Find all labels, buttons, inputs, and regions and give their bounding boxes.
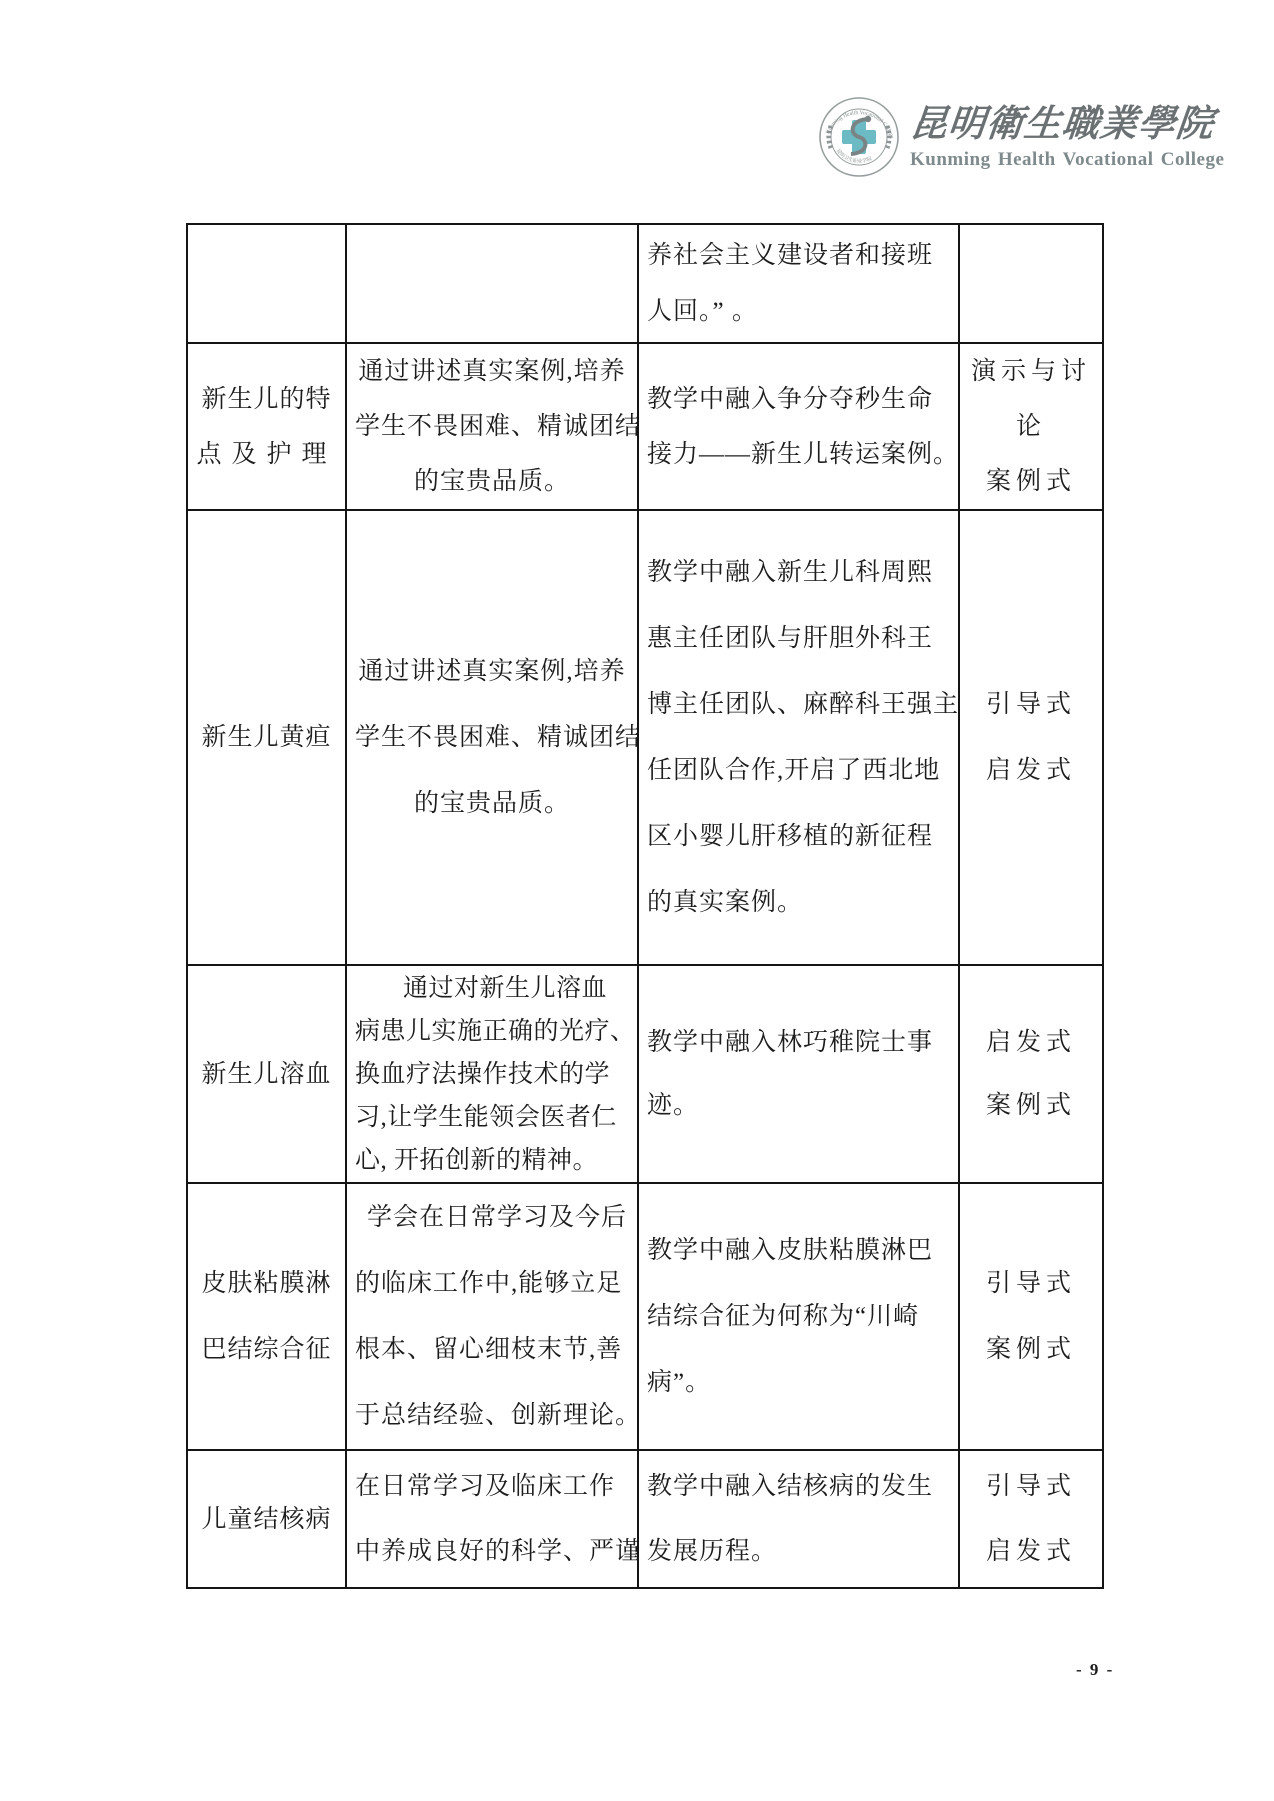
cell-line: 病”。 bbox=[647, 1350, 950, 1416]
cell-methods: 引导式 启发式 bbox=[959, 1450, 1103, 1588]
page-header: Kunming Health Vocational College 昆明卫生职业… bbox=[818, 96, 1224, 178]
college-name-calligraphy: 昆明衛生職業學院 bbox=[908, 103, 1227, 147]
cell-objective: 通过讲述真实案例,培养 学生不畏困难、精诚团结 的宝贵品质。 bbox=[346, 510, 638, 965]
document-page: Kunming Health Vocational College 昆明卫生职业… bbox=[0, 0, 1274, 1801]
cell-content: 教学中融入争分夺秒生命 接力——新生儿转运案例。 bbox=[638, 343, 959, 510]
cell-line: 的宝贵品质。 bbox=[355, 454, 629, 509]
cell-line: 引导式 bbox=[968, 1251, 1094, 1317]
seal-dragon-head bbox=[865, 116, 871, 122]
cell-line: 根本、留心细枝末节,善 bbox=[355, 1317, 629, 1383]
cell-topic: 新生儿黄疸 bbox=[187, 510, 346, 965]
cell-line: 结综合征为何称为“川崎 bbox=[647, 1284, 950, 1350]
cell-line: 学会在日常学习及今后 bbox=[355, 1185, 629, 1251]
cell-content: 养社会主义建设者和接班 人回。” 。 bbox=[638, 224, 959, 343]
table-row-newborn-care: 新生儿的特 点及护理 通过讲述真实案例,培养 学生不畏困难、精诚团结 的宝贵品质… bbox=[187, 343, 1103, 510]
cell-line: 惠主任团队与肝胆外科王 bbox=[647, 606, 950, 672]
college-name-english: Kunming Health Vocational College bbox=[910, 149, 1224, 171]
cell-line: 新生儿溶血 bbox=[196, 1043, 337, 1106]
cell-line: 学生不畏困难、精诚团结 bbox=[355, 399, 629, 454]
cell-line: 引导式 bbox=[968, 1454, 1094, 1519]
cell-topic: 新生儿溶血 bbox=[187, 965, 346, 1183]
cell-topic bbox=[187, 224, 346, 343]
cell-line: 的临床工作中,能够立足 bbox=[355, 1251, 629, 1317]
cell-line: 演示与讨 bbox=[968, 344, 1094, 399]
cell-line: 通过讲述真实案例,培养 bbox=[355, 344, 629, 399]
cell-line: 心, 开拓创新的精神。 bbox=[355, 1139, 629, 1182]
table-row-continuation: 养社会主义建设者和接班 人回。” 。 bbox=[187, 224, 1103, 343]
cell-line: 启发式 bbox=[968, 1519, 1094, 1584]
cell-objective: 通过讲述真实案例,培养 学生不畏困难、精诚团结 的宝贵品质。 bbox=[346, 343, 638, 510]
cell-line: 病患儿实施正确的光疗、 bbox=[355, 1010, 629, 1053]
table-row-kawasaki: 皮肤粘膜淋 巴结综合征 学会在日常学习及今后 的临床工作中,能够立足 根本、留心… bbox=[187, 1183, 1103, 1450]
cell-line: 论 bbox=[968, 399, 1094, 454]
cell-line: 教学中融入新生儿科周熙 bbox=[647, 540, 950, 606]
cell-line: 区小婴儿肝移植的新征程 bbox=[647, 804, 950, 870]
cell-line: 新生儿黄疸 bbox=[196, 705, 337, 771]
cell-methods bbox=[959, 224, 1103, 343]
cell-line: 博主任团队、麻醉科王强主 bbox=[647, 672, 950, 738]
college-seal-icon: Kunming Health Vocational College 昆明卫生职业… bbox=[818, 96, 900, 178]
page-number: - 9 - bbox=[1076, 1660, 1114, 1680]
cell-content: 教学中融入皮肤粘膜淋巴 结综合征为何称为“川崎 病”。 bbox=[638, 1183, 959, 1450]
cell-content: 教学中融入新生儿科周熙 惠主任团队与肝胆外科王 博主任团队、麻醉科王强主 任团队… bbox=[638, 510, 959, 965]
cell-line: 通过对新生儿溶血 bbox=[355, 967, 629, 1010]
college-brand: 昆明衛生職業學院 Kunming Health Vocational Colle… bbox=[910, 103, 1224, 171]
cell-line: 案例式 bbox=[968, 454, 1094, 509]
cell-line: 新生儿的特 bbox=[196, 372, 337, 427]
cell-line: 于总结经验、创新理论。 bbox=[355, 1383, 629, 1449]
cell-line: 启发式 bbox=[968, 738, 1094, 804]
cell-line: 在日常学习及临床工作 bbox=[355, 1454, 629, 1519]
cell-line: 点及护理 bbox=[196, 427, 337, 482]
cell-line: 通过讲述真实案例,培养 bbox=[355, 639, 629, 705]
cell-line: 中养成良好的科学、严谨 bbox=[355, 1519, 629, 1584]
cell-content: 教学中融入结核病的发生 发展历程。 bbox=[638, 1450, 959, 1588]
cell-line: 引导式 bbox=[968, 672, 1094, 738]
cell-topic: 新生儿的特 点及护理 bbox=[187, 343, 346, 510]
cell-methods: 引导式 启发式 bbox=[959, 510, 1103, 965]
cell-line: 发展历程。 bbox=[647, 1519, 950, 1584]
cell-line: 启发式 bbox=[968, 1011, 1094, 1074]
table-row-newborn-jaundice: 新生儿黄疸 通过讲述真实案例,培养 学生不畏困难、精诚团结 的宝贵品质。 教学中… bbox=[187, 510, 1103, 965]
cell-line: 学生不畏困难、精诚团结 bbox=[355, 705, 629, 771]
cell-methods: 演示与讨 论 案例式 bbox=[959, 343, 1103, 510]
cell-line: 儿童结核病 bbox=[196, 1487, 337, 1552]
cell-line: 案例式 bbox=[968, 1317, 1094, 1383]
cell-line: 皮肤粘膜淋 bbox=[196, 1251, 337, 1317]
cell-line: 教学中融入林巧稚院士事 bbox=[647, 1011, 950, 1074]
cell-objective: 在日常学习及临床工作 中养成良好的科学、严谨 bbox=[346, 1450, 638, 1588]
cell-methods: 引导式 案例式 bbox=[959, 1183, 1103, 1450]
cell-line: 的宝贵品质。 bbox=[355, 771, 629, 837]
cell-objective bbox=[346, 224, 638, 343]
cell-objective: 通过对新生儿溶血 病患儿实施正确的光疗、 换血疗法操作技术的学 习,让学生能领会… bbox=[346, 965, 638, 1183]
cell-line: 任团队合作,开启了西北地 bbox=[647, 738, 950, 804]
teaching-design-table: 养社会主义建设者和接班 人回。” 。 新生儿的特 点及护理 通过讲述真实案例,培… bbox=[186, 223, 1104, 1589]
cell-line: 养社会主义建设者和接班 bbox=[647, 228, 950, 284]
cell-objective: 学会在日常学习及今后 的临床工作中,能够立足 根本、留心细枝末节,善 于总结经验… bbox=[346, 1183, 638, 1450]
cell-line: 巴结综合征 bbox=[196, 1317, 337, 1383]
cell-line: 习,让学生能领会医者仁 bbox=[355, 1096, 629, 1139]
table-row-newborn-hemolysis: 新生儿溶血 通过对新生儿溶血 病患儿实施正确的光疗、 换血疗法操作技术的学 习,… bbox=[187, 965, 1103, 1183]
cell-methods: 启发式 案例式 bbox=[959, 965, 1103, 1183]
cell-line: 案例式 bbox=[968, 1074, 1094, 1137]
cell-topic: 皮肤粘膜淋 巴结综合征 bbox=[187, 1183, 346, 1450]
cell-line: 人回。” 。 bbox=[647, 284, 950, 340]
cell-line: 教学中融入争分夺秒生命 bbox=[647, 372, 950, 427]
cell-line: 的真实案例。 bbox=[647, 870, 950, 936]
cell-content: 教学中融入林巧稚院士事 迹。 bbox=[638, 965, 959, 1183]
table-row-child-tuberculosis: 儿童结核病 在日常学习及临床工作 中养成良好的科学、严谨 教学中融入结核病的发生… bbox=[187, 1450, 1103, 1588]
cell-line: 接力——新生儿转运案例。 bbox=[647, 427, 950, 482]
cell-line: 换血疗法操作技术的学 bbox=[355, 1053, 629, 1096]
cell-topic: 儿童结核病 bbox=[187, 1450, 346, 1588]
cell-line: 教学中融入结核病的发生 bbox=[647, 1454, 950, 1519]
cell-line: 迹。 bbox=[647, 1074, 950, 1137]
cell-line: 教学中融入皮肤粘膜淋巴 bbox=[647, 1218, 950, 1284]
